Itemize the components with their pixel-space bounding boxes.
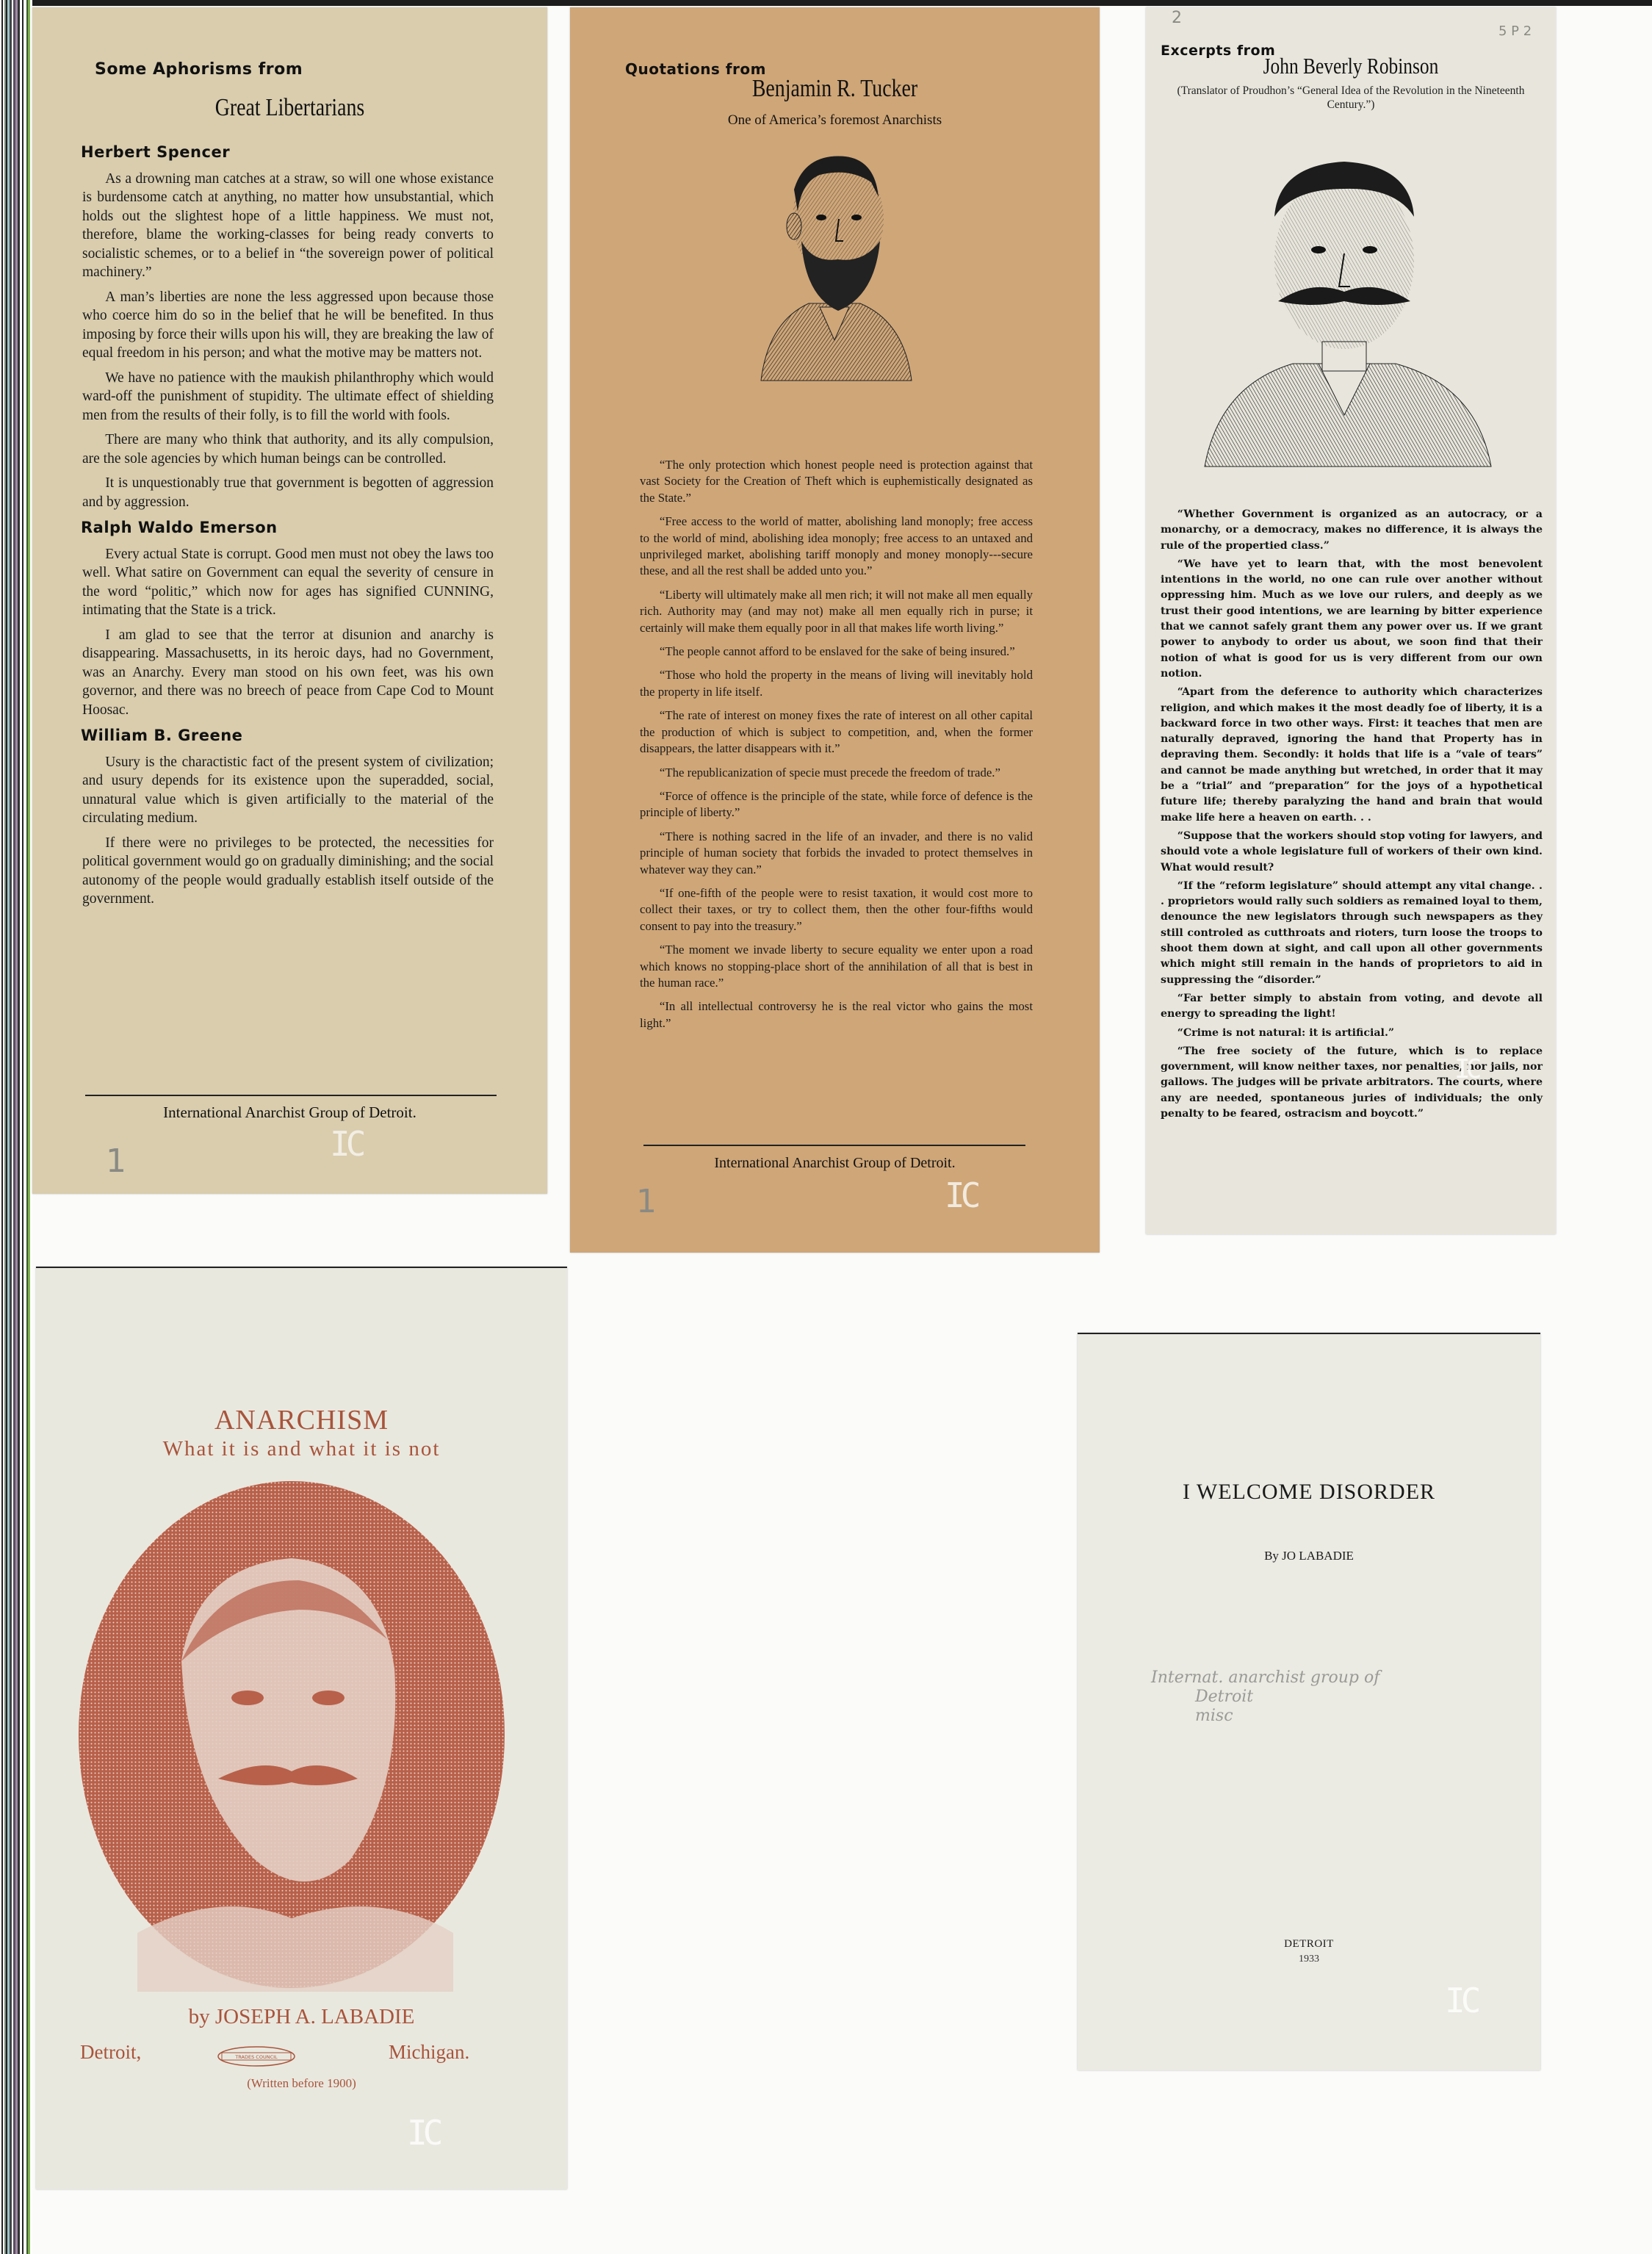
pencil-mark: 1: [636, 1183, 657, 1220]
leaflet-title: Benjamin R. Tucker: [618, 75, 1052, 103]
perforation-stamp: IC: [330, 1124, 361, 1164]
quote-paragraph: “The moment we invade liberty to secure …: [640, 942, 1033, 991]
libertarians-leaflet: Some Aphorisms from Great Libertarians H…: [32, 7, 547, 1194]
excerpts-body: “Whether Government is organized as an a…: [1161, 507, 1543, 1125]
tucker-leaflet: Quotations from Benjamin R. Tucker One o…: [570, 7, 1100, 1253]
pamphlet-date-note: (Written before 1900): [36, 2076, 567, 2091]
pencil-mark-top: 2: [1172, 9, 1182, 27]
leaflet-title: Great Libertarians: [79, 94, 501, 122]
handwritten-line: Internat. anarchist group of: [1151, 1668, 1460, 1688]
pamphlet-title: I WELCOME DISORDER: [1078, 1480, 1540, 1505]
pamphlet-subtitle: What it is and what it is not: [36, 1437, 567, 1461]
aphorism-paragraph: It is unquestionably true that governmen…: [82, 474, 494, 511]
leaflet-title: John Beverly Robinson: [1183, 53, 1519, 79]
svg-text:TRADES COUNCIL: TRADES COUNCIL: [234, 2054, 278, 2060]
quote-paragraph: “If one-fifth of the people were to resi…: [640, 885, 1033, 935]
aphorism-paragraph: Every actual State is corrupt. Good men …: [82, 545, 494, 620]
quote-paragraph: “The rate of interest on money fixes the…: [640, 707, 1033, 757]
scanner-top-edge: [0, 0, 1652, 6]
perforation-stamp: IC: [1454, 1054, 1477, 1084]
pamphlet-byline: By JO LABADIE: [1078, 1549, 1540, 1563]
quote-paragraph: “In all intellectual controversy he is t…: [640, 998, 1033, 1031]
aphorism-paragraph: A man’s liberties are none the less aggr…: [82, 288, 494, 363]
aphorism-paragraph: As a drowning man catches at a straw, so…: [82, 170, 494, 282]
portrait-halftone-icon: [71, 1477, 512, 1992]
quote-paragraph: “The republicanization of specie must pr…: [640, 765, 1033, 781]
perforation-stamp: IC: [945, 1175, 976, 1215]
quote-paragraph: “Apart from the deference to authority w…: [1161, 685, 1543, 826]
aphorism-paragraph: We have no patience with the maukish phi…: [82, 369, 494, 425]
publisher-footer: International Anarchist Group of Detroit…: [570, 1155, 1100, 1172]
quote-paragraph: “Crime is not natural: it is artificial.…: [1161, 1026, 1543, 1041]
handwritten-line: misc: [1151, 1707, 1460, 1726]
quote-paragraph: “Liberty will ultimately make all men ri…: [640, 587, 1033, 636]
pamphlet-year: 1933: [1078, 1954, 1540, 1965]
pamphlet-author: by JOSEPH A. LABADIE: [36, 2005, 567, 2029]
anarchism-pamphlet: ANARCHISM What it is and what it is not …: [36, 1267, 567, 2189]
aphorism-paragraph: I am glad to see that the terror at disu…: [82, 626, 494, 720]
quote-paragraph: “We have yet to learn that, with the mos…: [1161, 557, 1543, 682]
leaflet-subtitle: One of America’s foremost Anarchists: [570, 112, 1100, 129]
quote-paragraph: “Force of offence is the principle of th…: [640, 788, 1033, 821]
aphorism-paragraph: Usury is the charactistic fact of the pr…: [82, 753, 494, 828]
quote-paragraph: “Far better simply to abstain from votin…: [1161, 991, 1543, 1023]
pretitle: Some Aphorisms from: [95, 60, 303, 79]
leaflet-subtitle: (Translator of Proudhon’s “General Idea …: [1175, 84, 1526, 112]
scanner-left-edge: [0, 0, 32, 2254]
quote-paragraph: “The only protection which honest people…: [640, 457, 1033, 506]
portrait-engraving-icon: [739, 138, 930, 388]
portrait-engraving-icon: [1190, 121, 1498, 474]
quote-paragraph: “Suppose that the workers should stop vo…: [1161, 829, 1543, 876]
divider: [643, 1145, 1025, 1146]
quote-paragraph: “The free society of the future, which i…: [1161, 1044, 1543, 1122]
handwritten-line: Detroit: [1151, 1688, 1460, 1707]
quotations-body: “The only protection which honest people…: [640, 457, 1033, 1039]
section-author: William B. Greene: [81, 727, 494, 746]
perforation-stamp: IC: [1445, 1981, 1476, 2020]
divider: [85, 1095, 497, 1096]
quote-paragraph: “The people cannot afford to be enslaved…: [640, 644, 1033, 660]
pencil-mark: 1: [106, 1142, 126, 1180]
aphorism-paragraph: If there were no privileges to be protec…: [82, 834, 494, 909]
quote-paragraph: “Free access to the world of matter, abo…: [640, 514, 1033, 580]
disorder-pamphlet: I WELCOME DISORDER By JO LABADIE Interna…: [1078, 1333, 1540, 2070]
quote-paragraph: “Whether Government is organized as an a…: [1161, 507, 1543, 554]
aphorisms-body: Herbert SpencerAs a drowning man catches…: [82, 136, 494, 915]
handwritten-note: Internat. anarchist group ofDetroitmisc: [1151, 1668, 1460, 1726]
pamphlet-city: Detroit,: [80, 2041, 141, 2064]
pamphlet-state: Michigan.: [389, 2041, 469, 2064]
section-author: Ralph Waldo Emerson: [81, 519, 494, 538]
quote-paragraph: “If the “reform legislature” should atte…: [1161, 879, 1543, 988]
quote-paragraph: “Those who hold the property in the mean…: [640, 667, 1033, 700]
pamphlet-title: ANARCHISM: [36, 1404, 567, 1436]
section-author: Herbert Spencer: [81, 143, 494, 162]
union-label-seal-icon: TRADES COUNCIL: [216, 2045, 297, 2067]
robinson-leaflet: 2 5 P 2 Excerpts from John Beverly Robin…: [1146, 7, 1556, 1234]
pencil-mark-corner: 5 P 2: [1498, 24, 1532, 39]
perforation-stamp: IC: [407, 2113, 439, 2153]
quote-paragraph: “There is nothing sacred in the life of …: [640, 829, 1033, 878]
publisher-footer: International Anarchist Group of Detroit…: [32, 1103, 547, 1122]
pamphlet-city: DETROIT: [1078, 1938, 1540, 1951]
aphorism-paragraph: There are many who think that authority,…: [82, 431, 494, 468]
